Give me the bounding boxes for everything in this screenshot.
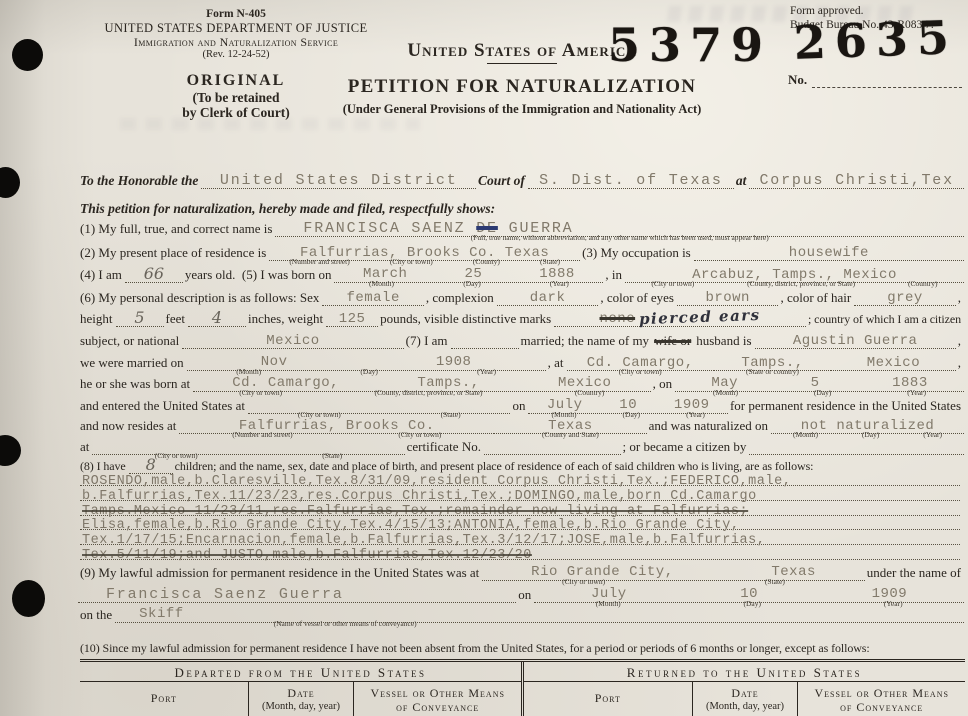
spouse-name-field: Agustin Guerra — [755, 332, 956, 349]
departed-table: Departed from the United States Port Dat… — [80, 662, 521, 716]
court-name-field: United States District — [201, 172, 476, 189]
sex-label: (6) My personal description is as follow… — [78, 290, 322, 306]
absence-table: Departed from the United States Port Dat… — [80, 659, 965, 716]
petition-line-10: (10) Since my lawful admission for perma… — [78, 640, 964, 656]
eyes-value: brown — [705, 290, 750, 306]
in-label: , in — [603, 267, 625, 283]
under-name-label: under the name of — [865, 565, 964, 581]
admission-label: (9) My lawful admission for permanent re… — [78, 565, 482, 581]
height-feet-value: 5 — [134, 308, 144, 327]
complexion-value: dark — [530, 290, 566, 306]
years-old-label: years old. (5) I was born on — [183, 267, 335, 283]
certificate-no-label: certificate No. — [405, 439, 484, 455]
marriage-city-field: Cd. Camargo, (City or town) — [567, 354, 714, 371]
eyes-field: brown — [677, 289, 779, 306]
birthplace-field: Arcabuz, Tamps., Mexico (City or town) (… — [625, 266, 964, 283]
entry-day-value: 10 — [619, 398, 637, 413]
age-value: 66 — [144, 264, 164, 283]
birthplace-value: Arcabuz, Tamps., Mexico — [692, 267, 897, 283]
marriage-state-field: Tamps., (State or country) — [714, 354, 831, 371]
children-entry-line: Elisa,female,b.Rio Grande City,Tex.4/15/… — [80, 514, 960, 530]
children-entry-line: Tex.5/11/19;and JUSTO,male,b.Falfurrias,… — [80, 544, 960, 560]
page-subtitle: (Under General Provisions of the Immigra… — [322, 102, 722, 117]
stamp-number-right: 2635 — [793, 10, 959, 70]
comma-text: , — [956, 333, 964, 349]
admission-city-value: Rio Grande City, — [531, 565, 673, 580]
admission-date-field: July 10 1909 (Month) (Day) (Year) — [534, 586, 964, 603]
spouse-state-field: Texas (County and State) — [494, 417, 646, 434]
no-blank — [812, 73, 962, 88]
weight-field: 125 — [326, 310, 378, 327]
spouse-address-value: Falfurrias, Brooks Co. — [239, 418, 435, 434]
entry-date-field: July 10 1909 (Month) (Day) (Year) — [528, 397, 728, 414]
naturalization-place-field: (City or town) (State) — [92, 438, 404, 455]
petition-number-stamp: 53792635 — [608, 18, 958, 72]
eyes-label: , color of eyes — [598, 290, 677, 306]
weight-value: 125 — [339, 311, 366, 327]
children-entry-line: ROSENDO,male,b.Claresville,Tex.8/31/09,r… — [80, 470, 960, 486]
age-field: 66 — [125, 266, 183, 283]
citizen-by-label: ; or became a citizen by — [621, 439, 750, 455]
hair-label: , color of hair — [778, 290, 854, 306]
petition-line-4-5: (4) I am 66 years old. (5) I was born on… — [78, 267, 964, 283]
occupation-field: housewife — [694, 244, 964, 261]
district-field: S. Dist. of Texas — [528, 172, 734, 189]
returned-header-row: Port Date(Month, day, year) Vessel or Ot… — [524, 682, 965, 716]
shows-text: This petition for naturalization, hereby… — [78, 201, 498, 217]
height-label: height — [78, 311, 116, 327]
admission-name-value: Francisca Saenz Guerra — [106, 586, 344, 603]
certificate-number-field — [484, 438, 621, 455]
height-inches-field: 4 — [188, 310, 246, 327]
marriage-country-value: Mexico — [867, 355, 920, 371]
full-name-field: FRANCISCA SAENZ DE GUERRA (Full, true na… — [275, 220, 964, 237]
birth-year-value: 1888 — [539, 267, 575, 282]
marks-label: pounds, visible distinctive marks — [378, 311, 554, 327]
entry-month-value: July — [547, 398, 583, 413]
page-title: PETITION FOR NATURALIZATION — [322, 76, 722, 98]
permanent-residence-label: for permanent residence in the United St… — [728, 398, 964, 414]
marriage-date-line: we were married on Nov 1908 (Month) (Day… — [78, 355, 964, 371]
hair-value: grey — [887, 290, 923, 306]
struck-wife-or-text: wife or — [652, 333, 694, 349]
spouse-birth-province-value: Tamps., — [417, 376, 479, 391]
naturalization-date-field: not naturalized (Month) (Day) (Year) — [771, 417, 964, 434]
punch-hole — [12, 580, 45, 617]
petition-shows-line: This petition for naturalization, hereby… — [78, 201, 964, 217]
naturalization-value: not naturalized — [801, 418, 935, 434]
column-header-date: Date(Month, day, year) — [248, 682, 354, 716]
admission-month-value: July — [591, 587, 627, 602]
height-feet-field: 5 — [116, 310, 164, 327]
vessel-field: Skiff (Name of vessel or other means of … — [115, 606, 964, 623]
i-am-label: (7) I am — [404, 333, 451, 349]
petition-line-6: (6) My personal description is as follow… — [78, 290, 964, 306]
spouse-birth-country-value: Mexico — [558, 376, 611, 391]
spouse-birth-line: he or she was born at Cd. Camargo, Tamps… — [78, 376, 964, 392]
on-label: on — [516, 587, 534, 603]
marital-status-field — [451, 332, 519, 349]
marks-field: none pierced ears — [554, 310, 806, 327]
spouse-name-value: Agustin Guerra — [793, 333, 918, 349]
spouse-birth-month-value: May — [711, 376, 738, 391]
court-place-field: Corpus Christi,Tex — [749, 172, 964, 189]
spouse-state-value: Texas — [548, 418, 593, 434]
punch-hole — [12, 39, 43, 71]
comma-text: , — [956, 355, 964, 371]
height-inches-value: 4 — [212, 308, 222, 327]
court-place-value: Corpus Christi,Tex — [759, 172, 953, 189]
feet-label: feet — [164, 311, 188, 327]
occupation-value: housewife — [789, 245, 869, 261]
spouse-birthplace-field: Cd. Camargo, Tamps., Mexico (City or tow… — [193, 375, 650, 392]
petition-line-description: height 5 feet 4 inches, weight 125 pound… — [78, 311, 964, 327]
vessel-line: on the Skiff (Name of vessel or other me… — [78, 607, 964, 623]
on-label: , on — [651, 376, 676, 392]
marriage-city-value: Cd. Camargo, — [587, 355, 694, 371]
subject-label: subject, or national — [78, 333, 182, 349]
nationality-field: Mexico — [182, 332, 403, 349]
children-entry-line: b.Falfurrias,Tex.11/23/23,res.Corpus Chr… — [80, 485, 960, 501]
marriage-date-field: Nov 1908 (Month) (Day) (Year) — [187, 354, 546, 371]
residence-field: Falfurrias, Brooks Co. Texas (Number and… — [269, 244, 580, 261]
spouse-birth-city-value: Cd. Camargo, — [232, 376, 339, 391]
stamp-number-left: 5379 — [608, 18, 772, 72]
complexion-field: dark — [497, 289, 599, 306]
column-header-date: Date(Month, day, year) — [692, 682, 798, 716]
marks-struck-value: none — [600, 311, 636, 327]
children-entry-text: Tex.5/11/19;and JUSTO,male,b.Falfurrias,… — [82, 548, 532, 563]
admission-day-value: 10 — [740, 587, 758, 602]
no-label: No. — [788, 72, 807, 88]
heading-rule — [487, 63, 557, 64]
complexion-label: , complexion — [424, 290, 497, 306]
husband-is-label: husband is — [694, 333, 754, 349]
admission-year-value: 1909 — [872, 587, 908, 602]
certificate-line: at (City or town) (State) certificate No… — [78, 439, 964, 455]
spouse-born-label: he or she was born at — [78, 376, 193, 392]
sex-field: female — [322, 289, 424, 306]
entry-place-field: (City or town) (State) — [248, 397, 510, 414]
marriage-year-value: 1908 — [436, 355, 472, 370]
marks-handwritten-value: pierced ears — [639, 308, 761, 327]
married-on-label: we were married on — [78, 355, 187, 371]
petition-line-9: (9) My lawful admission for permanent re… — [78, 565, 964, 581]
citizen-label: ; country of which I am a citizen — [806, 311, 964, 327]
spouse-birth-day-value: 5 — [811, 376, 820, 391]
departed-header-row: Port Date(Month, day, year) Vessel or Ot… — [80, 682, 521, 716]
admission-place-field: Rio Grande City, Texas (City or town) (S… — [482, 564, 865, 581]
marriage-country-field: Mexico — [831, 354, 956, 371]
column-header-port: Port — [80, 682, 248, 716]
on-the-label: on the — [78, 607, 115, 623]
admission-name-field: Francisca Saenz Guerra — [78, 586, 516, 603]
comma-text: , — [956, 290, 964, 306]
column-header-port: Port — [524, 682, 692, 716]
at-label: at — [78, 439, 92, 455]
honorable-label: To the Honorable the — [78, 173, 201, 189]
admission-state-value: Texas — [771, 565, 816, 580]
district-value: S. Dist. of Texas — [539, 172, 723, 189]
full-name-value: FRANCISCA SAENZ DE GUERRA — [303, 220, 573, 237]
spouse-address-field: Falfurrias, Brooks Co. (Number and stree… — [179, 417, 494, 434]
nationality-value: Mexico — [266, 333, 319, 349]
age-label: (4) I am — [78, 267, 125, 283]
absence-label: (10) Since my lawful admission for perma… — [78, 640, 873, 656]
at-label: at — [734, 173, 750, 189]
birth-date-field: March 25 1888 (Month) (Day) (Year) — [334, 266, 603, 283]
resides-label: and now resides at — [78, 418, 179, 434]
punch-hole — [0, 435, 21, 466]
children-entry-line: Tex.1/17/15;Encarnacion,female,b.Falfurr… — [80, 529, 960, 545]
occupation-label: (3) My occupation is — [580, 245, 694, 261]
caption-country: (Country) — [908, 280, 938, 288]
punch-hole — [0, 167, 20, 198]
court-name-value: United States District — [220, 172, 458, 189]
birth-month-value: March — [363, 267, 408, 282]
residence-label: (2) My present place of residence is — [78, 245, 269, 261]
spouse-birth-year-value: 1883 — [892, 376, 928, 391]
petition-line-1: (1) My full, true, and correct name is F… — [78, 221, 964, 237]
form-number: Form N-405 — [86, 8, 386, 21]
petition-line-7: subject, or national Mexico (7) I am mar… — [78, 333, 964, 349]
column-header-vessel: Vessel or Other Meansof Conveyance — [797, 682, 965, 716]
caption-vessel: (Name of vessel or other means of convey… — [175, 620, 515, 628]
marriage-state-value: Tamps., — [741, 355, 803, 371]
entry-year-value: 1909 — [674, 398, 710, 413]
name-label: (1) My full, true, and correct name is — [78, 221, 275, 237]
spouse-residence-line: and now resides at Falfurrias, Brooks Co… — [78, 418, 964, 434]
sex-value: female — [346, 290, 399, 306]
on-label: on — [510, 398, 528, 414]
departed-title: Departed from the United States — [80, 662, 521, 682]
naturalized-on-label: and was naturalized on — [647, 418, 771, 434]
married-name-label: married; the name of my — [519, 333, 653, 349]
birth-day-value: 25 — [464, 267, 482, 282]
petition-for-naturalization-document: Form N-405 UNITED STATES DEPARTMENT OF J… — [0, 0, 968, 716]
column-header-vessel: Vessel or Other Meansof Conveyance — [353, 682, 521, 716]
number-field-row: No. — [788, 72, 962, 88]
marriage-month-value: Nov — [261, 355, 288, 370]
addressee-line: To the Honorable the United States Distr… — [78, 173, 964, 189]
at-label: , at — [546, 355, 567, 371]
inches-weight-label: inches, weight — [246, 311, 326, 327]
entered-label: and entered the United States at — [78, 398, 248, 414]
hair-field: grey — [854, 289, 956, 306]
department-name: UNITED STATES DEPARTMENT OF JUSTICE — [86, 21, 386, 35]
returned-table: Returned to the United States Port Date(… — [524, 662, 965, 716]
caption-city-town: (City or town) — [651, 280, 694, 288]
spouse-entry-line: and entered the United States at (City o… — [78, 398, 964, 414]
court-of-label: Court of — [476, 173, 528, 189]
residence-value: Falfurrias, Brooks Co. Texas — [300, 245, 549, 261]
spouse-birth-date-field: May 5 1883 (Month) (Day) (Year) — [675, 375, 964, 392]
citizen-by-field — [749, 438, 964, 455]
petition-line-2: (2) My present place of residence is Fal… — [78, 245, 964, 261]
struck-name-particle: DE — [476, 220, 498, 237]
admission-name-line: Francisca Saenz Guerra on July 10 1909 (… — [78, 587, 964, 603]
returned-title: Returned to the United States — [524, 662, 965, 682]
